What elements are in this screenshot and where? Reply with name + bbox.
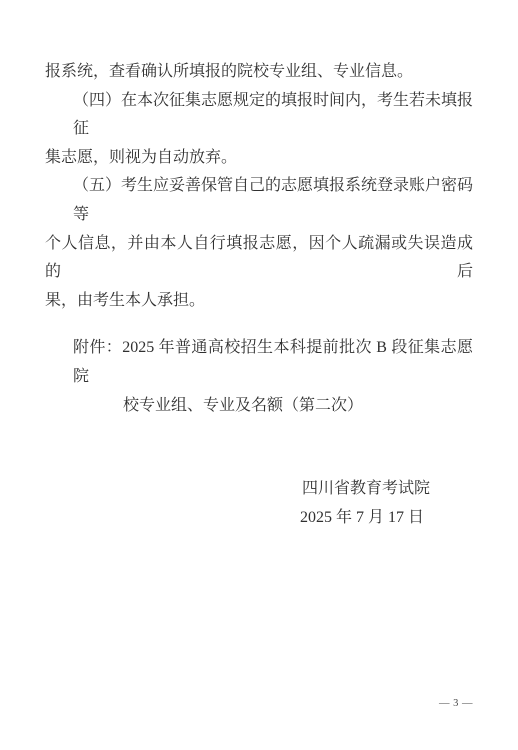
document-page: 报系统，查看确认所填报的院校专业组、专业信息。 （四）在本次征集志愿规定的填报时… — [0, 0, 518, 750]
page-number: — 3 — — [439, 698, 473, 709]
paragraph-item-4: （四）在本次征集志愿规定的填报时间内，考生若未填报征 集志愿，则视为自动放弃。 — [45, 87, 473, 173]
text-line: 报系统，查看确认所填报的院校专业组、专业信息。 — [45, 58, 473, 87]
text-line: （五）考生应妥善保管自己的志愿填报系统登录账户密码等 — [45, 172, 473, 229]
text-line: （四）在本次征集志愿规定的填报时间内，考生若未填报征 — [45, 87, 473, 144]
signature-block: 四川省教育考试院 2025 年 7 月 17 日 — [45, 475, 473, 532]
document-content: 报系统，查看确认所填报的院校专业组、专业信息。 （四）在本次征集志愿规定的填报时… — [0, 0, 518, 532]
attachment-line: 附件：2025 年普通高校招生本科提前批次 B 段征集志愿院 — [45, 334, 473, 391]
paragraph-item-5: （五）考生应妥善保管自己的志愿填报系统登录账户密码等 个人信息，并由本人自行填报… — [45, 172, 473, 315]
attachment-reference: 附件：2025 年普通高校招生本科提前批次 B 段征集志愿院 校专业组、专业及名… — [45, 334, 473, 420]
text-line: 果，由考生本人承担。 — [45, 287, 473, 316]
paragraph-continuation: 报系统，查看确认所填报的院校专业组、专业信息。 — [45, 58, 473, 87]
text-line: 个人信息，并由本人自行填报志愿，因个人疏漏或失误造成的后 — [45, 230, 473, 287]
issuer-signature: 四川省教育考试院 — [45, 475, 473, 504]
text-line: 集志愿，则视为自动放弃。 — [45, 144, 473, 173]
attachment-line: 校专业组、专业及名额（第二次） — [45, 392, 473, 421]
issue-date: 2025 年 7 月 17 日 — [45, 504, 473, 533]
